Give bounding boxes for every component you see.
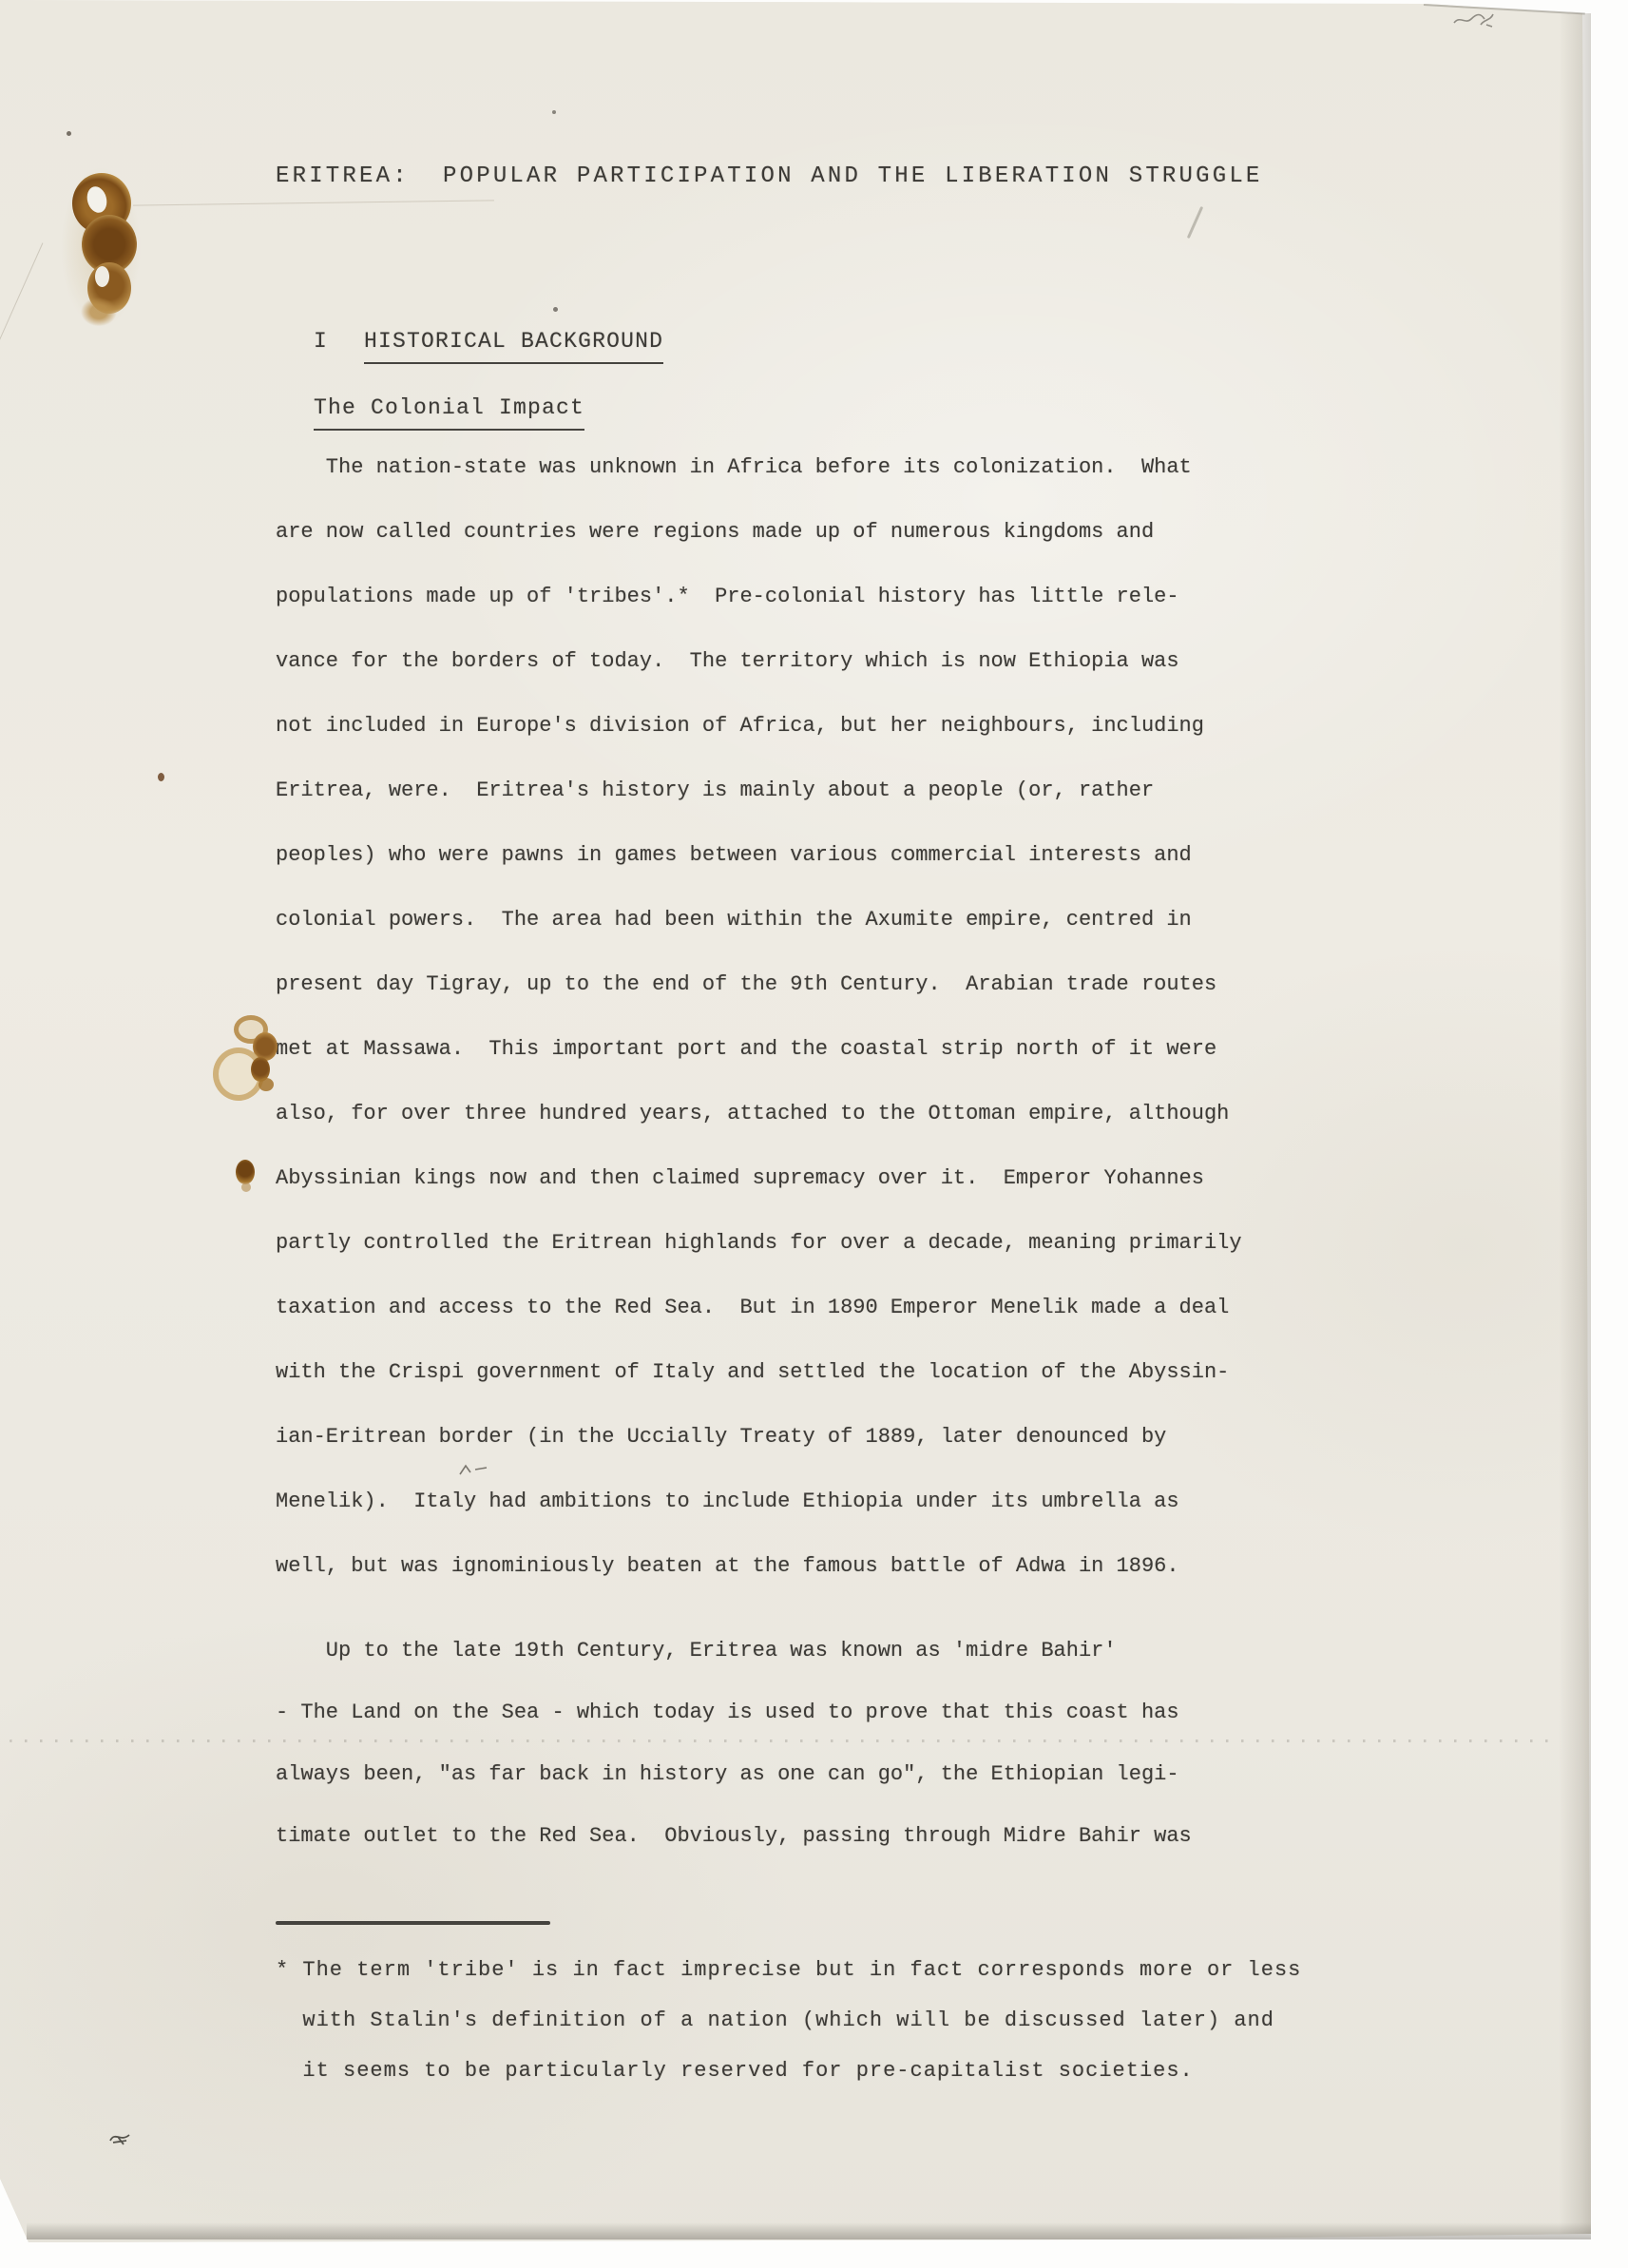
faint-typewriter-ghost-line [10, 1739, 1559, 1742]
stain-blob [259, 1078, 274, 1091]
text-line: ian-Eritrean border (in the Uccially Tre… [276, 1405, 1242, 1470]
dust-speck [67, 131, 71, 136]
text-line: * The term 'tribe' is in fact imprecise … [276, 1945, 1301, 1995]
text-line: with Stalin's definition of a nation (wh… [276, 1995, 1301, 2046]
pencil-scribble-top-right [1452, 8, 1496, 34]
text-line: with the Crispi government of Italy and … [276, 1340, 1242, 1405]
text-line: Eritrea, were. Eritrea's history is main… [276, 759, 1242, 823]
ink-speck [158, 773, 164, 781]
text-line: taxation and access to the Red Sea. But … [276, 1276, 1242, 1340]
section-heading-row: IHISTORICAL BACKGROUND [285, 304, 663, 364]
text-line: Menelik). Italy had ambitions to include… [276, 1470, 1242, 1534]
text-line: met at Massawa. This important port and … [276, 1017, 1242, 1082]
text-line: not included in Europe's division of Afr… [276, 694, 1242, 759]
section-heading: HISTORICAL BACKGROUND [364, 329, 663, 364]
text-line: vance for the borders of today. The terr… [276, 629, 1242, 694]
scanned-document-page: { "document": { "title": "ERITREA: POPUL… [0, 0, 1628, 2268]
subsection-heading-row: The Colonial Impact [285, 371, 584, 431]
dust-speck [553, 307, 558, 312]
text-line: always been, "as far back in history as … [276, 1743, 1192, 1805]
text-line: well, but was ignominiously beaten at th… [276, 1534, 1242, 1599]
stain-blob [80, 297, 118, 327]
text-line: also, for over three hundred years, atta… [276, 1082, 1242, 1146]
text-line: it seems to be particularly reserved for… [276, 2046, 1301, 2096]
pencil-caret-mark [454, 1460, 492, 1479]
pencil-scribble-bottom-left [106, 2127, 135, 2148]
text-line: The nation-state was unknown in Africa b… [276, 435, 1242, 500]
text-line: Up to the late 19th Century, Eritrea was… [276, 1620, 1192, 1682]
paragraph-1: The nation-state was unknown in Africa b… [276, 435, 1242, 1599]
footnote: * The term 'tribe' is in fact imprecise … [276, 1945, 1301, 2096]
text-line: timate outlet to the Red Sea. Obviously,… [276, 1805, 1192, 1867]
coffee-stain-left-margin [211, 1013, 292, 1108]
paper-bottom-edge-shading [27, 2222, 1591, 2239]
page-title: ERITREA: POPULAR PARTICIPATION AND THE L… [276, 163, 1263, 189]
small-stain-dot [236, 1160, 259, 1194]
stain-blob [236, 1160, 255, 1184]
text-line: Abyssinian kings now and then claimed su… [276, 1146, 1242, 1211]
section-number: I [314, 329, 328, 354]
stain-hole [95, 266, 109, 287]
text-line: partly controlled the Eritrean highlands… [276, 1211, 1242, 1276]
footnote-rule [276, 1921, 550, 1925]
subsection-heading: The Colonial Impact [314, 395, 584, 431]
paragraph-2: Up to the late 19th Century, Eritrea was… [276, 1620, 1192, 1867]
text-line: present day Tigray, up to the end of the… [276, 952, 1242, 1017]
coffee-stain-top-left [67, 171, 152, 333]
text-line: colonial powers. The area had been withi… [276, 888, 1242, 952]
text-line: peoples) who were pawns in games between… [276, 823, 1242, 888]
dust-speck [552, 110, 556, 114]
text-line: are now called countries were regions ma… [276, 500, 1242, 565]
text-line: populations made up of 'tribes'.* Pre-co… [276, 565, 1242, 629]
text-line: - The Land on the Sea - which today is u… [276, 1682, 1192, 1743]
stain-blob [241, 1182, 251, 1192]
paper-right-edge-shading [1559, 13, 1591, 2234]
